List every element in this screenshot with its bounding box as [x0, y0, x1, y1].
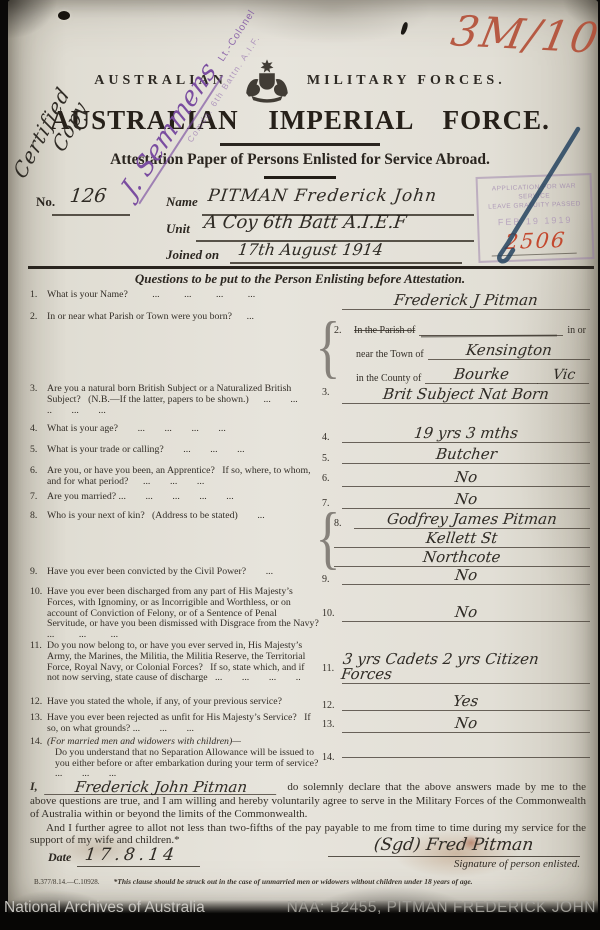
- question-number: 10.: [30, 587, 47, 641]
- subtitle-divider: [264, 176, 336, 179]
- next-of-kin-row: Northcote: [334, 548, 590, 567]
- town-label: near the Town of: [334, 349, 428, 360]
- parish-row: 2. In the Parish of in or: [334, 312, 590, 336]
- question-text: Are you married? ... ... ... ... ...: [47, 492, 322, 511]
- answer-area: 6.No: [322, 466, 590, 492]
- question-text: In or near what Parish or Town were you …: [47, 312, 322, 384]
- joined-on-value: 17th August 1914: [237, 240, 384, 259]
- question-row-2: 2.In or near what Parish or Town were yo…: [30, 312, 590, 384]
- answer-line: Kellett St: [334, 531, 590, 548]
- handwritten-answer: Butcher: [435, 447, 498, 463]
- answer-line: Godfrey James Pitman: [354, 512, 590, 529]
- answer-line: 19 yrs 3 mths: [342, 426, 590, 443]
- question-text: What is your age? ... ... ... ...: [47, 424, 322, 445]
- handwritten-answer: No: [454, 605, 478, 621]
- punch-hole: [58, 11, 70, 20]
- handwritten-answer: 19 yrs 3 mths: [413, 426, 519, 442]
- answer-area: 5.Butcher: [322, 445, 590, 466]
- question-number: 13.: [30, 713, 47, 737]
- question-text: Have you ever been discharged from any p…: [47, 587, 322, 641]
- signature-caption: Signature of person enlisted.: [328, 858, 580, 870]
- declarant-name: Frederick John Pitman: [44, 781, 278, 795]
- answer-number: 10.: [322, 608, 342, 619]
- question-row-5: 5.What is your trade or calling? ... ...…: [30, 445, 590, 466]
- answer-number: 6.: [322, 473, 342, 484]
- scanned-attestation-paper: Certified Copy J. Semmens Lt.-Colonel Co…: [0, 0, 600, 930]
- question-row-3: 3.Are you a natural born British Subject…: [30, 384, 590, 424]
- archive-watermark: National Archives of Australia NAA: B245…: [0, 899, 600, 917]
- questions-list: 1.What is your Name? ... ... ... ... Fre…: [30, 290, 590, 779]
- question-number: 11.: [30, 641, 47, 697]
- answer-area: 9.No: [322, 567, 590, 587]
- no-underline: [52, 214, 130, 216]
- answer-line: No: [342, 492, 590, 509]
- parish-line: [419, 335, 563, 336]
- answer-area: 8.Godfrey James Pitman Kellett St Northc…: [334, 511, 590, 567]
- question-row-10: 10.Have you ever been discharged from an…: [30, 587, 590, 641]
- answer-line: Yes: [342, 694, 590, 711]
- question-text: Who is your next of kin? (Address to be …: [47, 511, 322, 567]
- answer-line: [342, 756, 590, 758]
- handwritten-answer: Frederick J Pitman: [393, 293, 539, 309]
- handwritten-answer: 3 yrs Cadets 2 yrs Citizen Forces: [340, 652, 592, 683]
- question-row-14: 14.(For married men and widowers with ch…: [30, 737, 590, 779]
- answer-area: 3.Brit Subject Nat Born: [322, 384, 590, 424]
- parish-suffix: in or: [563, 325, 590, 336]
- question-text: Do you now belong to, or have you ever s…: [47, 641, 322, 697]
- answer-area: Frederick J Pitman: [322, 290, 590, 312]
- question-number: 6.: [30, 466, 47, 492]
- header-suffix: MILITARY FORCES.: [307, 73, 506, 89]
- answer-area: 12.Yes: [322, 697, 590, 713]
- county-label: in the County of: [334, 373, 425, 384]
- question-row-4: 4.What is your age? ... ... ... ... 4.19…: [30, 424, 590, 445]
- answer-line: No: [342, 470, 590, 487]
- parish-label: In the Parish of: [354, 325, 419, 336]
- question-number: 12.: [30, 697, 47, 713]
- question-text: Are you, or have you been, an Apprentice…: [47, 466, 322, 492]
- handwritten-answer: No: [454, 492, 478, 508]
- county-row: in the County of Bourke Vic: [334, 360, 590, 384]
- date-label: Date: [48, 850, 71, 867]
- watermark-archive-name: National Archives of Australia: [4, 899, 205, 917]
- question-row-8: 8.Who is your next of kin? (Address to b…: [30, 511, 590, 567]
- footnote-text: *This clause should be struck out in the…: [114, 877, 473, 886]
- question-text: (For married men and widowers with child…: [47, 737, 322, 779]
- question-row-9: 9.Have you ever been convicted by the Ci…: [30, 567, 590, 587]
- answer-line: No: [342, 568, 590, 585]
- question-number: 7.: [30, 492, 47, 511]
- question-number: 2.: [30, 312, 47, 384]
- question-row-1: 1.What is your Name? ... ... ... ... Fre…: [30, 290, 590, 312]
- answer-line: Frederick J Pitman: [342, 293, 590, 310]
- answer-line: No: [342, 605, 590, 622]
- town-value: Kensington: [465, 343, 553, 359]
- blue-pen-stroke: [460, 115, 600, 275]
- no-label: No.: [36, 194, 55, 210]
- answer-number: 3.: [322, 387, 342, 398]
- question-number: 14.: [30, 737, 47, 779]
- joined-on-label: Joined on: [166, 247, 219, 263]
- question-number: 8.: [30, 511, 47, 567]
- question-text: What is your Name? ... ... ... ...: [47, 290, 322, 312]
- date-underline: 17.8.14: [77, 845, 200, 867]
- question-text: Have you ever been rejected as unfit for…: [47, 713, 322, 737]
- question-row-13: 13.Have you ever been rejected as unfit …: [30, 713, 590, 737]
- county-extra: Vic: [537, 367, 591, 384]
- answer-area: 14.: [322, 737, 590, 779]
- answer-number: 14.: [322, 752, 342, 763]
- joined-underline: [230, 262, 462, 264]
- answer-line: Brit Subject Nat Born: [342, 387, 590, 404]
- town-row: near the Town of Kensington: [334, 336, 590, 360]
- question-text-body: Do you understand that no Separation All…: [47, 748, 319, 780]
- signature-line: (Sgd) Fred Pitman: [328, 836, 580, 857]
- form-reference: B.377/8.14.—C.10928.: [34, 877, 100, 886]
- question-row-7: 7.Are you married? ... ... ... ... ... 7…: [30, 492, 590, 511]
- question-text: Have you ever been convicted by the Civi…: [47, 567, 322, 587]
- answer-area: 2. In the Parish of in or near the Town …: [334, 312, 590, 384]
- answer-line: Butcher: [342, 447, 590, 464]
- date-row: Date 17.8.14: [48, 845, 200, 867]
- signature-value: (Sgd) Fred Pitman: [373, 836, 534, 854]
- answer-line: Northcote: [334, 550, 590, 567]
- next-of-kin-street: Kellett St: [425, 531, 498, 547]
- answer-number: 13.: [322, 719, 342, 730]
- county-line: Bourke: [425, 367, 538, 384]
- answer-area: 13.No: [322, 713, 590, 737]
- handwritten-answer: No: [454, 470, 478, 486]
- question-number: 1.: [30, 290, 47, 312]
- answer-number: 11.: [322, 663, 342, 674]
- question-row-6: 6.Are you, or have you been, an Apprenti…: [30, 466, 590, 492]
- answer-line: 3 yrs Cadets 2 yrs Citizen Forces: [342, 652, 590, 684]
- next-of-kin-name: Godfrey James Pitman: [386, 512, 558, 528]
- next-of-kin-town: Northcote: [422, 550, 501, 566]
- answer-area: 11.3 yrs Cadets 2 yrs Citizen Forces: [322, 641, 590, 697]
- question-text: Have you stated the whole, if any, of yo…: [47, 697, 322, 713]
- footnote-row: B.377/8.14.—C.10928. *This clause should…: [34, 877, 586, 886]
- next-of-kin-row: Kellett St: [334, 529, 590, 548]
- question-number: 3.: [30, 384, 47, 424]
- county-value: Bourke: [453, 367, 510, 383]
- answer-number: 5.: [322, 453, 342, 464]
- watermark-item-reference: NAA: B2455, PITMAN FREDERICK JOHN: [287, 899, 596, 917]
- answer-number: 12.: [322, 700, 342, 711]
- signature-block: (Sgd) Fred Pitman Signature of person en…: [328, 836, 580, 870]
- handwritten-answer: No: [454, 568, 478, 584]
- answer-line: No: [342, 716, 590, 733]
- date-value: 17.8.14: [84, 845, 179, 865]
- service-number-value: 126: [69, 185, 108, 207]
- answer-number: 4.: [322, 432, 342, 443]
- handwritten-answer: Brit Subject Nat Born: [382, 387, 550, 403]
- left-brace: [322, 312, 334, 384]
- handwritten-answer: Yes: [452, 694, 479, 710]
- question-text: What is your trade or calling? ... ... .…: [47, 445, 322, 466]
- answer-area: 10.No: [322, 587, 590, 641]
- question-text: Are you a natural born British Subject o…: [47, 384, 322, 424]
- next-of-kin-row: 8.Godfrey James Pitman: [334, 511, 590, 529]
- declaration-lead: I,: [30, 779, 38, 793]
- question-number: 4.: [30, 424, 47, 445]
- question-number: 9.: [30, 567, 47, 587]
- town-line: Kensington: [428, 343, 590, 360]
- answer-area: 4.19 yrs 3 mths: [322, 424, 590, 445]
- handwritten-answer: No: [454, 716, 478, 732]
- question-number: 5.: [30, 445, 47, 466]
- question-row-11: 11.Do you now belong to, or have you eve…: [30, 641, 590, 697]
- answer-area: 7.No: [322, 492, 590, 511]
- question-row-12: 12.Have you stated the whole, if any, of…: [30, 697, 590, 713]
- red-registry-code: 3M/10: [447, 6, 600, 62]
- left-brace: [322, 511, 334, 567]
